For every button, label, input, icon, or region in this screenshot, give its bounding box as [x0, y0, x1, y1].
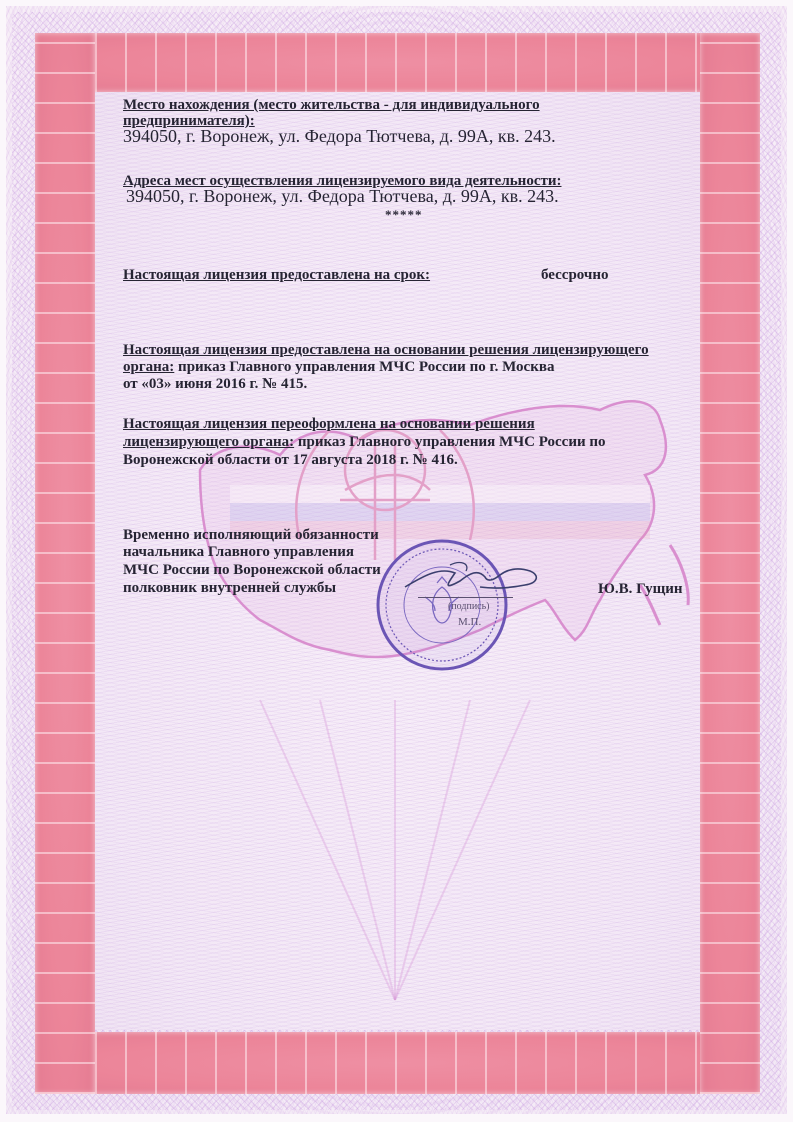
basis-heading-organ: органа: [123, 359, 174, 375]
basis-order-text: приказ Главного управления МЧС России по… [174, 359, 554, 375]
reissue-line-2: лицензирующего органа: приказ Главного у… [123, 433, 606, 451]
pink-border-top [35, 33, 760, 92]
pink-border-left [35, 33, 95, 1094]
activity-address: 394050, г. Воронеж, ул. Федора Тютчева, … [126, 187, 559, 205]
term-value: бессрочно [541, 266, 609, 284]
reissue-heading-organ: лицензирующего органа: [123, 434, 294, 450]
location-address: 394050, г. Воронеж, ул. Федора Тютчева, … [123, 127, 556, 145]
signatory-title-4: полковник внутренней службы [123, 579, 336, 597]
basis-line-2: органа: приказ Главного управления МЧС Р… [123, 358, 554, 376]
signatory-title-2: начальника Главного управления [123, 543, 354, 561]
reissue-order-date: Воронежской области от 17 августа 2018 г… [123, 451, 458, 469]
seal-place-caption: М.П. [458, 616, 481, 628]
basis-order-date: от «03» июня 2016 г. № 415. [123, 375, 307, 393]
signature-caption: (подпись) [448, 601, 490, 612]
reissue-order-text: приказ Главного управления МЧС России по [294, 434, 605, 450]
pink-border-bottom [35, 1032, 760, 1094]
reissue-heading: Настоящая лицензия переоформлена на осно… [123, 415, 535, 433]
basis-heading: Настоящая лицензия предоставлена на осно… [123, 341, 649, 359]
pink-border-right [700, 33, 760, 1094]
signatory-name: Ю.В. Гущин [598, 580, 683, 598]
separator-stars: ***** [385, 206, 423, 224]
term-label: Настоящая лицензия предоставлена на срок… [123, 266, 430, 284]
signatory-title-3: МЧС России по Воронежской области [123, 561, 381, 579]
signature-line [418, 597, 513, 598]
handwritten-signature [400, 555, 550, 600]
signatory-title-1: Временно исполняющий обязанности [123, 526, 379, 544]
